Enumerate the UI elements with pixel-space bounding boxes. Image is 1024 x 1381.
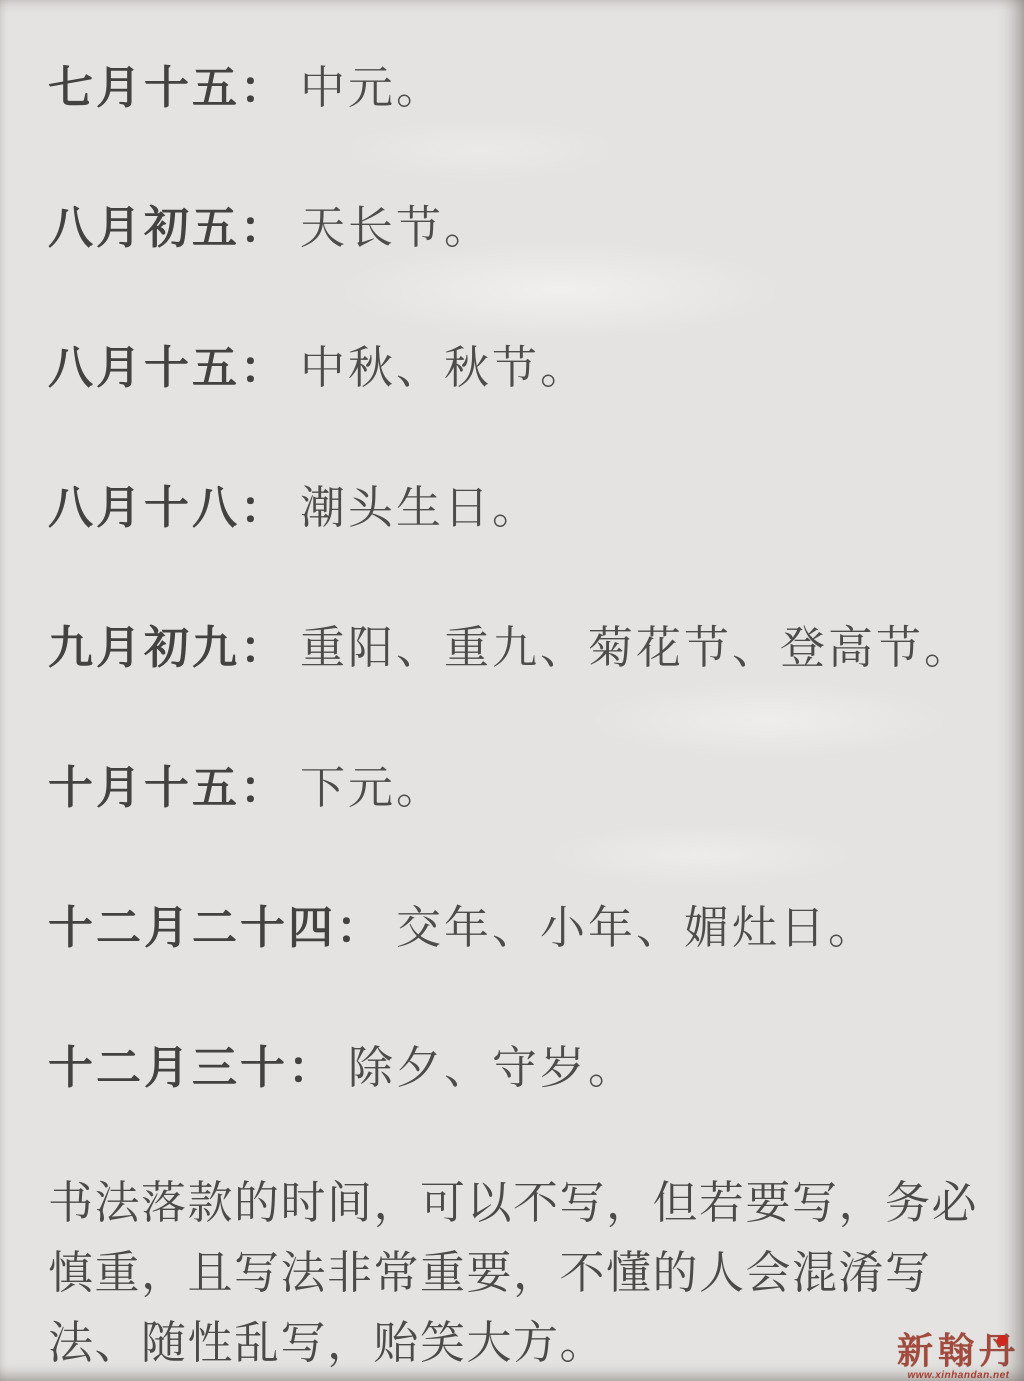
colon-separator: ： [240, 762, 288, 813]
paragraph-line: 法、随性乱写，贻笑大方。 [48, 1308, 998, 1378]
watermark: 新翰丹 www.xinhandan.net [897, 1333, 1020, 1381]
festival-names: 天长节。 [300, 202, 492, 253]
festival-names: 中元。 [300, 62, 444, 113]
watermark-red-dot-icon [997, 1335, 1008, 1346]
colon-separator: ： [240, 202, 288, 253]
festival-entry: 八月十五：中秋、秋节。 [48, 343, 588, 393]
colon-separator: ： [240, 482, 288, 533]
closing-paragraph: 书法落款的时间，可以不写，但若要写，务必 慎重，且写法非常重要，不懂的人会混淆写… [48, 1168, 998, 1378]
document-page: { "page": { "background_color": "#e5e3e1… [0, 0, 1024, 1381]
lunar-date-label: 十二月三十 [48, 1042, 288, 1093]
colon-separator: ： [336, 902, 384, 953]
colon-separator: ： [288, 1042, 336, 1093]
festival-names: 潮头生日。 [300, 482, 540, 533]
festival-entry: 七月十五：中元。 [48, 63, 444, 113]
festival-names: 重阳、重九、菊花节、登高节。 [300, 622, 972, 673]
festival-entry: 十二月三十：除夕、守岁。 [48, 1043, 636, 1093]
lunar-date-label: 九月初九 [48, 622, 240, 673]
lunar-date-label: 七月十五 [48, 62, 240, 113]
lunar-date-label: 十二月二十四 [48, 902, 336, 953]
festival-names: 除夕、守岁。 [348, 1042, 636, 1093]
paragraph-line: 慎重，且写法非常重要，不懂的人会混淆写 [48, 1238, 998, 1308]
lunar-date-label: 十月十五 [48, 762, 240, 813]
lunar-date-label: 八月初五 [48, 202, 240, 253]
colon-separator: ： [240, 62, 288, 113]
colon-separator: ： [240, 622, 288, 673]
lunar-date-label: 八月十八 [48, 482, 240, 533]
colon-separator: ： [240, 342, 288, 393]
festival-entry: 八月初五：天长节。 [48, 203, 492, 253]
festival-entry: 十二月二十四：交年、小年、媚灶日。 [48, 903, 876, 953]
watermark-url-text: www.xinhandan.net [897, 1371, 1020, 1381]
festival-entry: 八月十八：潮头生日。 [48, 483, 540, 533]
festival-names: 下元。 [300, 762, 444, 813]
lunar-date-label: 八月十五 [48, 342, 240, 393]
festival-entry: 十月十五：下元。 [48, 763, 444, 813]
paragraph-line: 书法落款的时间，可以不写，但若要写，务必 [48, 1168, 998, 1238]
festival-entry: 九月初九：重阳、重九、菊花节、登高节。 [48, 623, 972, 673]
festival-names: 交年、小年、媚灶日。 [396, 902, 876, 953]
festival-names: 中秋、秋节。 [300, 342, 588, 393]
